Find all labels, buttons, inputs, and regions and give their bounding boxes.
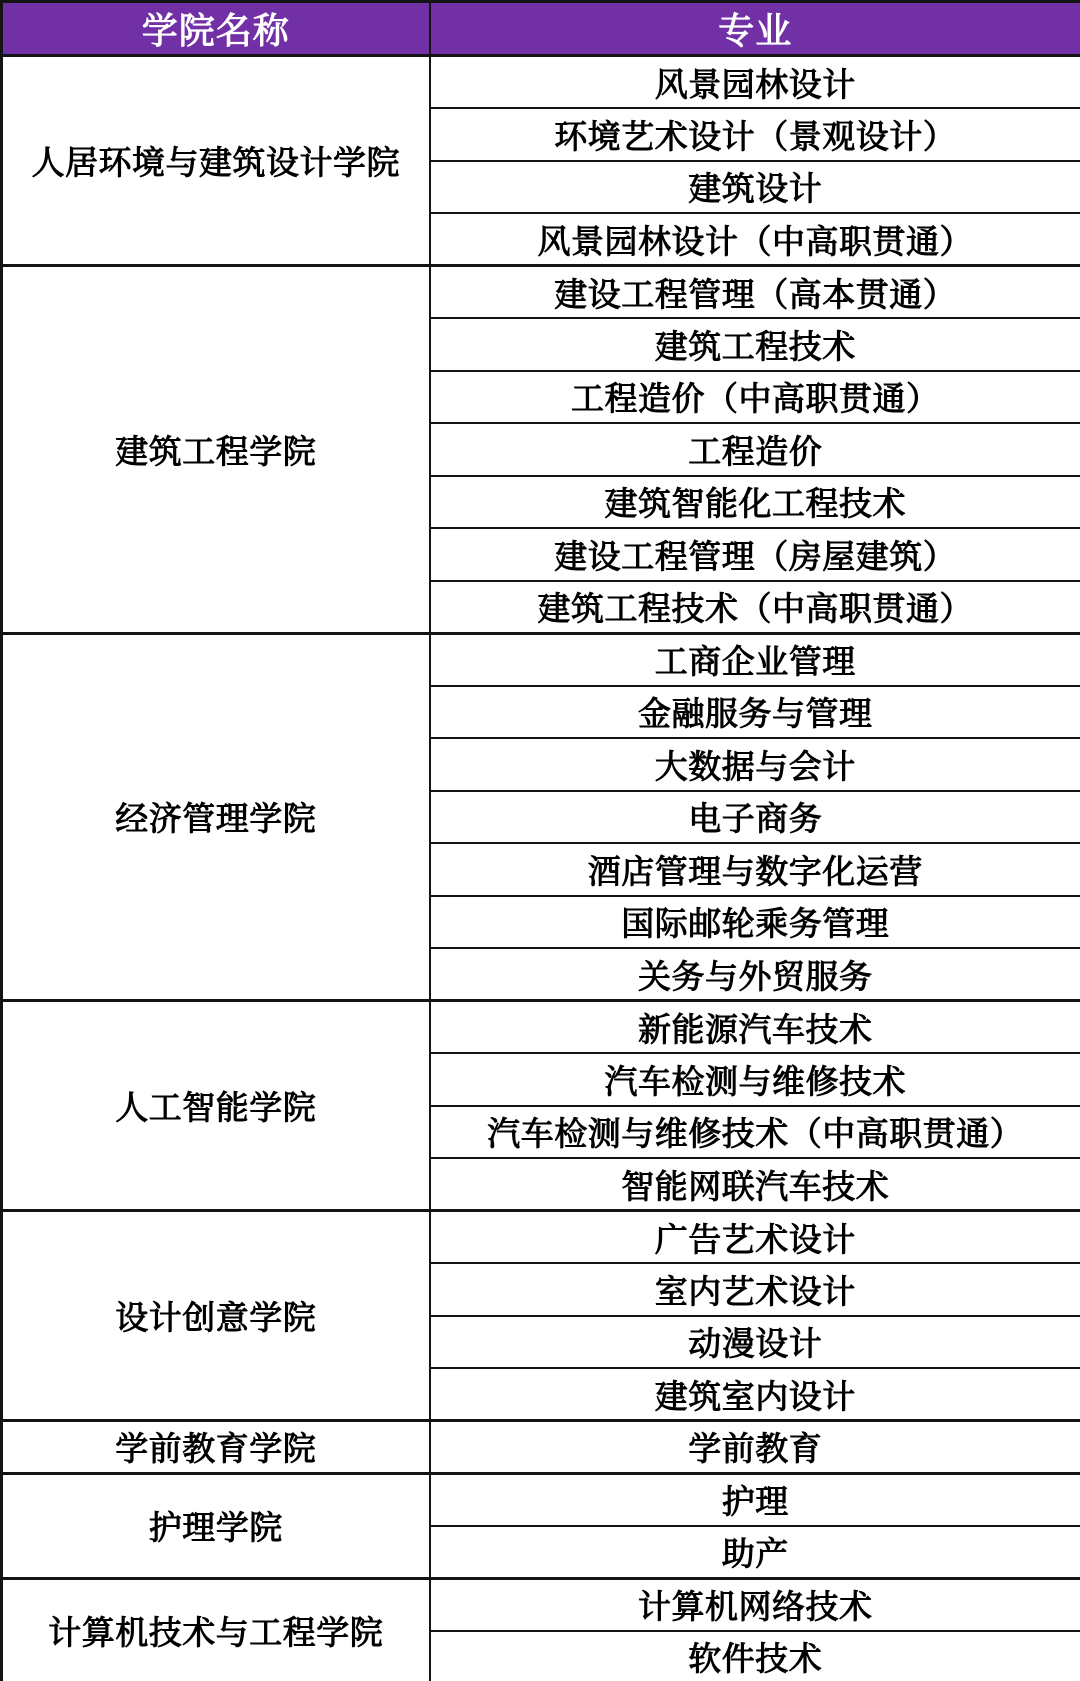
major-cell: 广告艺术设计 <box>430 1211 1080 1264</box>
college-cell: 设计创意学院 <box>2 1211 430 1421</box>
table-row: 设计创意学院广告艺术设计 <box>2 1211 1080 1264</box>
major-cell: 建设工程管理（高本贯通） <box>430 266 1080 319</box>
major-cell: 汽车检测与维修技术（中高职贯通） <box>430 1106 1080 1159</box>
college-name-header: 学院名称 <box>2 2 430 56</box>
college-cell: 学前教育学院 <box>2 1421 430 1474</box>
major-cell: 学前教育 <box>430 1421 1080 1474</box>
major-cell: 国际邮轮乘务管理 <box>430 896 1080 949</box>
major-cell: 软件技术 <box>430 1631 1080 1681</box>
major-cell: 环境艺术设计（景观设计） <box>430 108 1080 161</box>
major-header: 专业 <box>430 2 1080 56</box>
major-cell: 电子商务 <box>430 791 1080 844</box>
major-cell: 室内艺术设计 <box>430 1263 1080 1316</box>
table-row: 人工智能学院新能源汽车技术 <box>2 1001 1080 1054</box>
table-row: 经济管理学院工商企业管理 <box>2 633 1080 686</box>
major-cell: 酒店管理与数字化运营 <box>430 843 1080 896</box>
major-cell: 新能源汽车技术 <box>430 1001 1080 1054</box>
major-cell: 护理 <box>430 1473 1080 1526</box>
page: 学院名称 专业 人居环境与建筑设计学院风景园林设计环境艺术设计（景观设计）建筑设… <box>0 0 1080 1681</box>
major-cell: 建筑设计 <box>430 161 1080 214</box>
major-cell: 助产 <box>430 1526 1080 1579</box>
major-cell: 建筑室内设计 <box>430 1368 1080 1421</box>
college-major-table: 学院名称 专业 人居环境与建筑设计学院风景园林设计环境艺术设计（景观设计）建筑设… <box>0 0 1080 1681</box>
major-cell: 建筑工程技术（中高职贯通） <box>430 581 1080 634</box>
college-cell: 建筑工程学院 <box>2 266 430 634</box>
major-cell: 计算机网络技术 <box>430 1578 1080 1631</box>
major-cell: 大数据与会计 <box>430 738 1080 791</box>
table-header: 学院名称 专业 <box>2 2 1080 56</box>
college-cell: 计算机技术与工程学院 <box>2 1578 430 1681</box>
major-cell: 工程造价 <box>430 423 1080 476</box>
major-cell: 工商企业管理 <box>430 633 1080 686</box>
major-cell: 建设工程管理（房屋建筑） <box>430 528 1080 581</box>
college-cell: 人居环境与建筑设计学院 <box>2 56 430 266</box>
table-body: 人居环境与建筑设计学院风景园林设计环境艺术设计（景观设计）建筑设计风景园林设计（… <box>2 56 1080 1681</box>
major-cell: 风景园林设计 <box>430 56 1080 109</box>
college-cell: 护理学院 <box>2 1473 430 1578</box>
major-cell: 建筑智能化工程技术 <box>430 476 1080 529</box>
major-cell: 建筑工程技术 <box>430 318 1080 371</box>
table-row: 建筑工程学院建设工程管理（高本贯通） <box>2 266 1080 319</box>
college-cell: 经济管理学院 <box>2 633 430 1001</box>
header-row: 学院名称 专业 <box>2 2 1080 56</box>
major-cell: 动漫设计 <box>430 1316 1080 1369</box>
major-cell: 风景园林设计（中高职贯通） <box>430 213 1080 266</box>
major-cell: 金融服务与管理 <box>430 686 1080 739</box>
table-row: 学前教育学院学前教育 <box>2 1421 1080 1474</box>
college-cell: 人工智能学院 <box>2 1001 430 1211</box>
table-row: 人居环境与建筑设计学院风景园林设计 <box>2 56 1080 109</box>
major-cell: 关务与外贸服务 <box>430 948 1080 1001</box>
major-cell: 工程造价（中高职贯通） <box>430 371 1080 424</box>
major-cell: 汽车检测与维修技术 <box>430 1053 1080 1106</box>
table-row: 护理学院护理 <box>2 1473 1080 1526</box>
table-row: 计算机技术与工程学院计算机网络技术 <box>2 1578 1080 1631</box>
major-cell: 智能网联汽车技术 <box>430 1158 1080 1211</box>
